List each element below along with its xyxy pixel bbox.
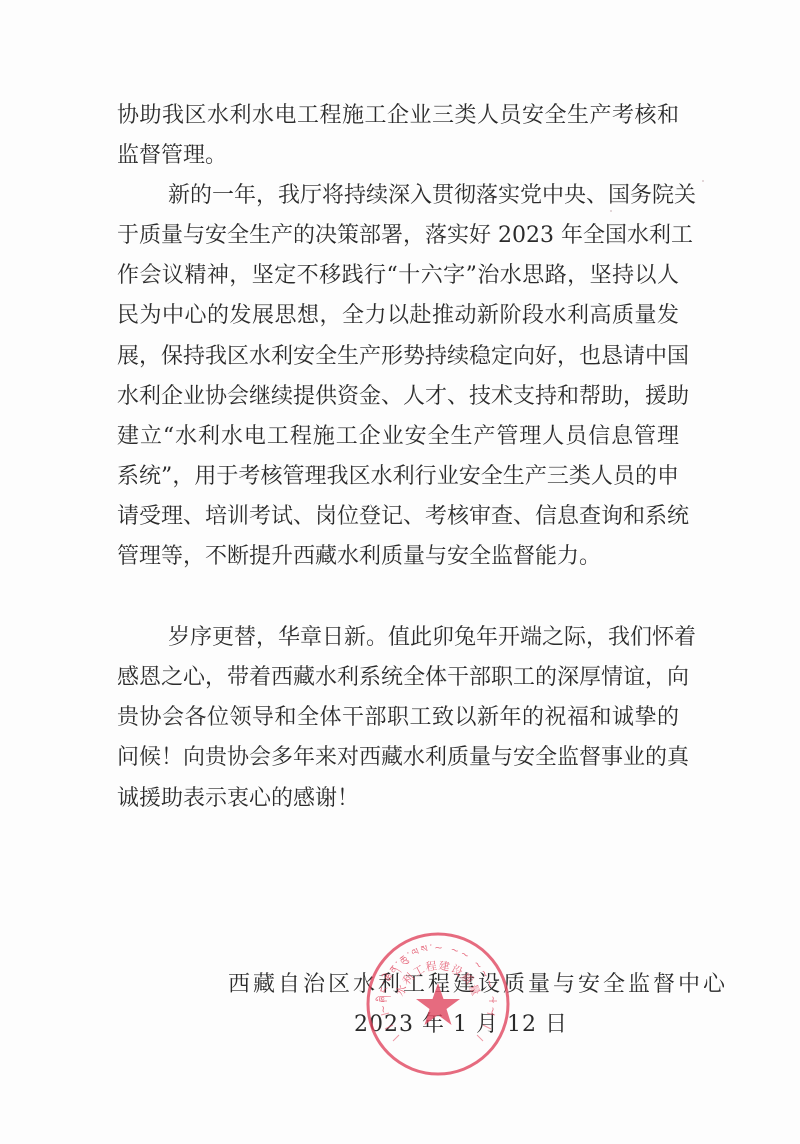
body-line: 新的一年，我厅将持续深入贯彻落实党中央、国务院关: [168, 183, 679, 209]
body-line: 水利企业协会继续提供资金、人才、技术支持和帮助，援助: [117, 384, 679, 410]
body-line: 问候！向贵协会多年来对西藏水利质量与安全监督事业的真: [117, 745, 679, 771]
official-seal-icon: ~ཞིང་ཆེན་ཆུ་ལས་~ ~~ ~~~ ~~~ 水利工程建设质量: [365, 931, 511, 1077]
scan-speck: [610, 210, 612, 212]
body-line: 岁序更替，华章日新。值此卯兔年开端之际，我们怀着: [168, 625, 679, 651]
body-line: 协助我区水利水电工程施工企业三类人员安全生产考核和: [117, 103, 679, 129]
body-line: 管理等，不断提升西藏水利质量与安全监督能力。: [117, 544, 679, 570]
body-line: 展，保持我区水利安全生产形势持续稳定向好，也恳请中国: [117, 344, 679, 370]
signature-organization: 西藏自治区水利工程建设质量与安全监督中心: [228, 972, 728, 998]
scan-speck: [702, 180, 704, 182]
document-page: 协助我区水利水电工程施工企业三类人员安全生产考核和 监督管理。 新的一年，我厅将…: [0, 0, 800, 1144]
body-line: 于质量与安全生产的决策部署，落实好 2023 年全国水利工: [117, 223, 679, 249]
scan-speck: [142, 232, 143, 233]
body-line: 民为中心的发展思想，全力以赴推动新阶段水利高质量发: [117, 303, 679, 329]
signature-date: 2023 年 1 月 12 日: [354, 1012, 568, 1038]
body-line: 系统”，用于考核管理我区水利行业安全生产三类人员的申: [117, 464, 679, 490]
body-line: 感恩之心，带着西藏水利系统全体干部职工的深厚情谊，向: [117, 665, 679, 691]
body-line: 贵协会各位领导和全体干部职工致以新年的祝福和诚挚的: [117, 705, 679, 731]
body-line: 诚援助表示衷心的感谢！: [117, 786, 679, 812]
body-line: 作会议精神，坚定不移践行“十六字”治水思路，坚持以人: [117, 263, 679, 289]
body-line: 建立“水利水电工程施工企业安全生产管理人员信息管理: [117, 424, 679, 450]
body-line: 请受理、培训考试、岗位登记、考核审查、信息查询和系统: [117, 504, 679, 530]
body-line: 监督管理。: [117, 143, 679, 169]
